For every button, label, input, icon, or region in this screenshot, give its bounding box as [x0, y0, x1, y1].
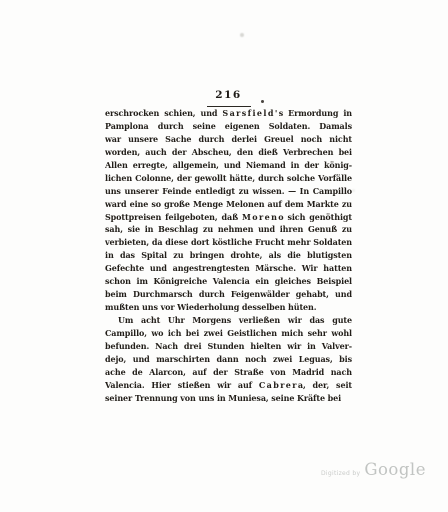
text-line: seiner Trennung von uns in Muniesa, sein… — [105, 392, 352, 405]
google-watermark: Digitized by Google — [321, 460, 426, 479]
text-line: Campillo, wo ich bei zwei Geistlichen mi… — [105, 327, 352, 340]
text-line: ache de Alarcon, auf der Straße von Madr… — [105, 366, 352, 379]
google-logo-text: Google — [364, 460, 426, 479]
text-line: Spottpreisen feilgeboten, daß M o r e n … — [105, 211, 352, 224]
text-line: war unsere Sache durch derlei Greuel noc… — [105, 133, 352, 146]
body-text: erschrocken schien, und S a r s f i e l … — [105, 107, 352, 405]
text-line: mußten uns vor Wiederholung desselben hü… — [105, 301, 352, 314]
text-line: verbieten, da diese dort köstliche Fruch… — [105, 236, 352, 249]
text-line: lichen Colonne, der gewollt hätte, durch… — [105, 172, 352, 185]
text-line: erschrocken schien, und S a r s f i e l … — [105, 107, 352, 120]
page-header: 216 — [105, 83, 352, 107]
text-line: uns unserer Feinde entledigt zu wissen. … — [105, 185, 352, 198]
text-line: Gefechte und angestrengtesten Märsche. W… — [105, 262, 352, 275]
text-line: befunden. Nach drei Stunden hielten wir … — [105, 340, 352, 353]
page-number: 216 — [215, 89, 241, 101]
scan-speckle — [352, 189, 355, 192]
scanned-book-page: 216 erschrocken schien, und S a r s f i … — [0, 0, 448, 512]
text-line: Pamplona durch seine eigenen Soldaten. D… — [105, 120, 352, 133]
text-line: beim Durchmarsch durch Feigenwälder geha… — [105, 288, 352, 301]
text-line: dejo, und marschirten dann noch zwei Leg… — [105, 353, 352, 366]
scan-speckle — [240, 33, 244, 37]
text-line: Allen erregte, allgemein, und Niemand in… — [105, 159, 352, 172]
text-line: sah, sie in Beschlag zu nehmen und ihren… — [105, 223, 352, 236]
text-line: Valencia. Hier stießen wir auf C a b r e… — [105, 379, 352, 392]
ink-dot — [261, 100, 264, 103]
digitized-by-label: Digitized by — [321, 470, 360, 477]
text-line: schon im Königreiche Valencia ein gleich… — [105, 275, 352, 288]
text-line: ward eine so große Menge Melonen auf dem… — [105, 198, 352, 211]
text-line: in das Spital zu bringen drohte, als die… — [105, 249, 352, 262]
text-line-paragraph-start: Um acht Uhr Morgens verließen wir das gu… — [105, 314, 352, 327]
text-line: worden, auch der Abscheu, den dieß Verbr… — [105, 146, 352, 159]
